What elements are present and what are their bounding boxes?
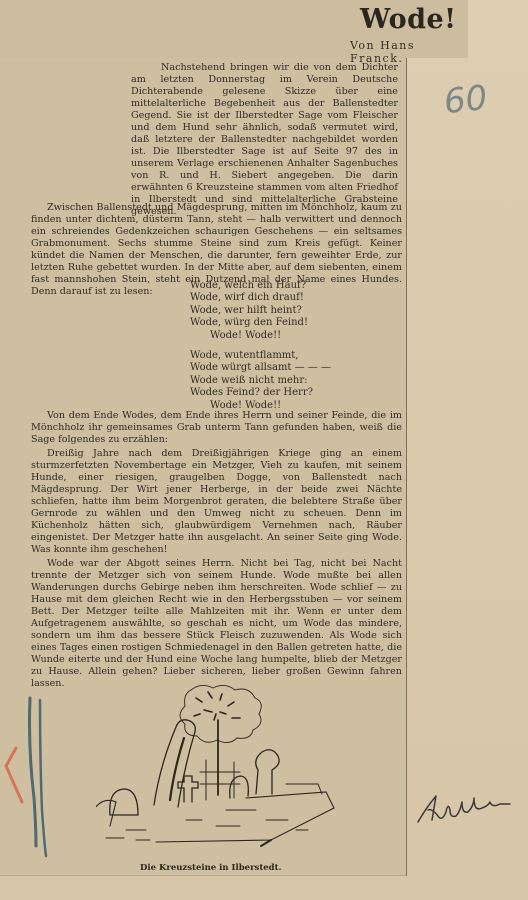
- poem-line: Wode, wirf dich drauf!: [190, 292, 308, 304]
- poem-line: Wode würgt allsamt — — —: [190, 362, 331, 374]
- article-title: Wode!: [360, 4, 470, 35]
- poem-refrain: Wode! Wode!!: [190, 330, 308, 342]
- poem-line: Wode weiß nicht mehr:: [190, 375, 331, 387]
- paragraph-legend-intro: Von dem Ende Wodes, dem Ende ihres Herrn…: [31, 410, 402, 446]
- poem-stanza-1: Wode, welch ein Hauf? Wode, wirf dich dr…: [190, 280, 308, 342]
- article-intro: Nachstehend bringen wir die von dem Dich…: [31, 62, 398, 218]
- poem-line: Wode, wer hilft heint?: [190, 305, 308, 317]
- paragraph-wode-idol: Wode war der Abgott seines Herrn. Nicht …: [31, 558, 402, 690]
- article-body-part2: Von dem Ende Wodes, dem Ende ihres Herrn…: [31, 410, 402, 690]
- poem-line: Wode, wutentflammt,: [190, 350, 331, 362]
- pencil-margin-marks: [0, 690, 60, 900]
- paragraph-butcher-journey: Dreißig Jahre nach dem Dreißigjährigen K…: [31, 448, 402, 556]
- handwritten-signature: Schiller: [412, 788, 522, 828]
- illustration-caption: Die Kreuzsteine in Ilberstedt.: [140, 863, 282, 873]
- handwritten-page-number: 60: [442, 78, 489, 122]
- poem-stanza-2: Wode, wutentflammt, Wode würgt allsamt —…: [190, 350, 331, 412]
- poem-line: Wode, würg den Feind!: [190, 317, 308, 329]
- poem-line: Wodes Feind? der Herr?: [190, 387, 331, 399]
- cross-stones-illustration: [96, 680, 356, 850]
- intro-paragraph: Nachstehend bringen wir die von dem Dich…: [131, 62, 398, 218]
- poem-line: Wode, welch ein Hauf?: [190, 280, 308, 292]
